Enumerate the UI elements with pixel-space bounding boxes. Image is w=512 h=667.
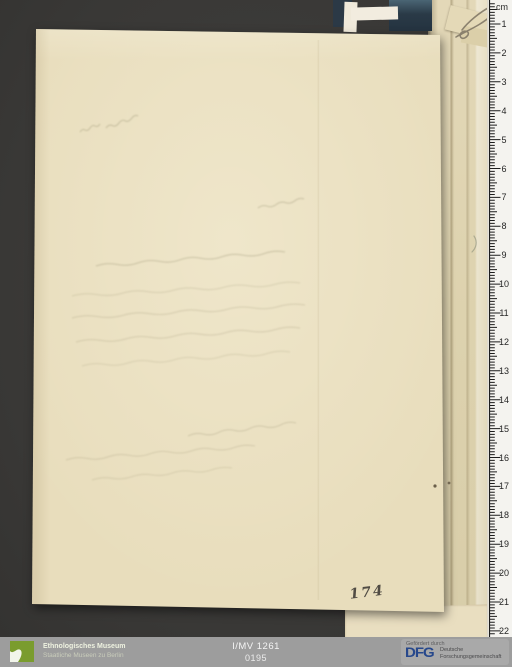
ruler-number: 4 xyxy=(496,106,512,116)
ruler-number: 2 xyxy=(496,48,512,58)
ruler-number: 20 xyxy=(496,568,512,578)
footer-bar: Ethnologisches Museum Staatliche Museen … xyxy=(0,637,512,667)
ruler-number: 1 xyxy=(496,19,512,29)
ruler-number: 7 xyxy=(496,192,512,202)
pin-mark xyxy=(433,484,436,487)
ruler-number: 16 xyxy=(496,453,512,463)
ruler-number: 12 xyxy=(496,337,512,347)
ruler: cm 12345678910111213141516171819202122 xyxy=(487,0,512,637)
ruler-number: 5 xyxy=(496,135,512,145)
ruler-number: 19 xyxy=(496,539,512,549)
dfg-logo-wordmark: DFG xyxy=(405,645,434,661)
dfg-logo-block: Gefördert durch DFG Deutsche Forschungsg… xyxy=(401,639,509,665)
pin-mark xyxy=(448,482,451,485)
ruler-number: 14 xyxy=(496,395,512,405)
ruler-number: 9 xyxy=(496,250,512,260)
ruler-number: 8 xyxy=(496,221,512,231)
ruler-number: 13 xyxy=(496,366,512,376)
ruler-number: 21 xyxy=(496,597,512,607)
ruler-number: 10 xyxy=(496,279,512,289)
ruler-number: 6 xyxy=(496,164,512,174)
dfg-org-name-line2: Forschungsgemeinschaft xyxy=(440,654,501,660)
dfg-org-name-line1: Deutsche xyxy=(440,647,463,653)
archive-scan-viewer: 174 cm 123456789101112131415161718192021… xyxy=(0,0,512,667)
ruler-number: 22 xyxy=(496,626,512,636)
ruler-number: 15 xyxy=(496,424,512,434)
ruler-number: 11 xyxy=(496,308,512,318)
ruler-number: 18 xyxy=(496,510,512,520)
ruler-number: 3 xyxy=(496,77,512,87)
ruler-number: 17 xyxy=(496,481,512,491)
